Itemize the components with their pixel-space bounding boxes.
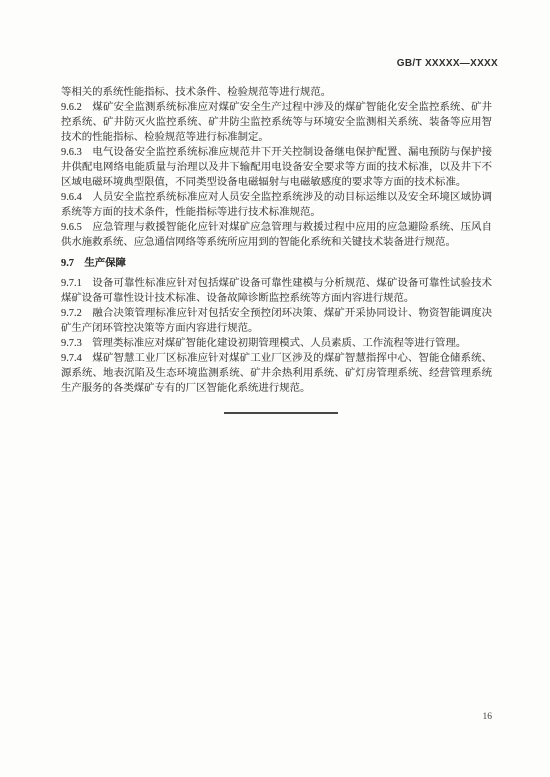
clause-9-6-2-line: 9.6.2 煤矿安全监测系统标准应对煤矿安全生产过程中涉及的煤矿智能化安全监控系… [61,100,492,115]
clause-9-7-2-line: 9.7.2 融合决策管理标准应针对包括安全预控闭环决策、煤矿开采协同设计、物资智… [61,306,492,321]
doc-line: 等相关的系统性能指标、技术条件、检验规范等进行规范。 [61,85,492,100]
clause-9-6-4-line: 9.6.4 人员安全监控系统标准应对人员安全监控系统涉及的动目标运维以及安全环境… [61,190,492,205]
doc-line: 区域电磁环境典型限值，不同类型设备电磁辐射与电磁敏感度的要求等方面的技术标准。 [61,175,492,190]
standard-number-header: GB/T XXXXX—XXXX [397,58,498,69]
clause-9-7-1-line: 9.7.1 设备可靠性标准应针对包括煤矿设备可靠性建模与分析规范、煤矿设备可靠性… [61,276,492,291]
doc-line: 井供配电网络电能质量与治理以及井下输配用电设备安全要求等方面的技术标准，以及井下… [61,160,492,175]
clause-9-6-5-line: 9.6.5 应急管理与救援智能化应针对煤矿应急管理与救援过程中应用的应急避险系统… [61,220,492,235]
document-page: GB/T XXXXX—XXXX 等相关的系统性能指标、技术条件、检验规范等进行规… [0,0,550,777]
doc-line: 供水施救系统、应急通信网络等系统所应用到的智能化系统和关键技术装备进行规范。 [61,235,492,250]
doc-line: 控系统、矿井防灭火监控系统、矿井防尘监控系统等与环境安全监测相关系统、装备等应用… [61,115,492,130]
clause-9-6-3-line: 9.6.3 电气设备安全监控系统标准应规范井下开关控制设备继电保护配置、漏电预防… [61,145,492,160]
doc-line: 生产服务的各类煤矿专有的厂区智能化系统进行规范。 [61,381,492,396]
doc-line: 矿生产闭环管控决策等方面内容进行规范。 [61,321,492,336]
doc-line: 源系统、地表沉陷及生态环境监测系统、矿井余热利用系统、矿灯房管理系统、经营管理系… [61,366,492,381]
page-number: 16 [483,712,493,722]
clause-9-7-4-line: 9.7.4 煤矿智慧工业厂区标准应针对煤矿工业厂区涉及的煤矿智慧指挥中心、智能仓… [61,351,492,366]
document-body: 等相关的系统性能指标、技术条件、检验规范等进行规范。 9.6.2 煤矿安全监测系… [61,85,492,396]
doc-line: 煤矿设备可靠性设计技术标准、设备故障诊断监控系统等方面内容进行规范。 [61,291,492,306]
doc-line: 技术的性能指标、检验规范等进行标准制定。 [61,130,492,145]
clause-9-7-3-line: 9.7.3 管理类标准应对煤矿智能化建设初期管理模式、人员素质、工作流程等进行管… [61,336,492,351]
doc-line: 系统等方面的技术条件，性能指标等进行技术标准规范。 [61,205,492,220]
section-9-7-heading: 9.7 生产保障 [61,256,492,271]
end-of-text-rule [224,412,338,414]
